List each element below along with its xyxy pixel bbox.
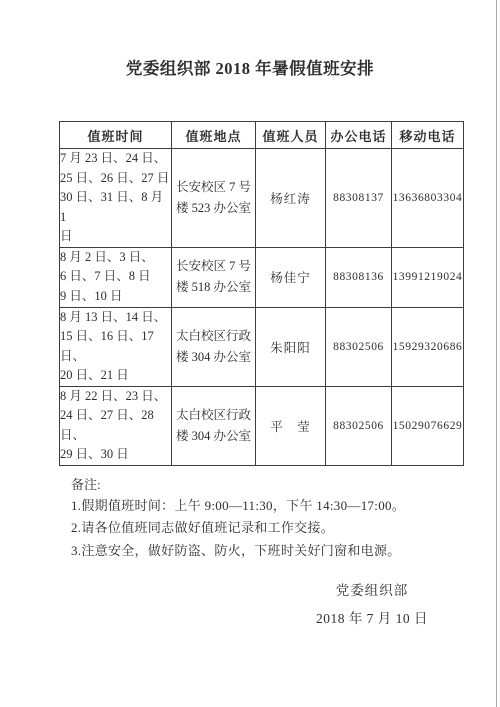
cell-office-phone: 88302506: [326, 386, 392, 465]
cell-duty-person: 杨红涛: [256, 149, 326, 248]
cell-duty-time: 7 月 23 日、24 日、 25 日、26 日、27 日 30 日、31 日、…: [60, 149, 172, 248]
cell-duty-time: 8 月 22 日、23 日、 24 日、27 日、28 日、 29 日、30 日: [60, 386, 172, 465]
note-item: 2.请各位值班同志做好值班记录和工作交接。: [71, 517, 451, 540]
cell-mobile-phone: 15029076629: [392, 386, 464, 465]
note-item: 3.注意安全，做好防盗、防火，下班时关好门窗和电源。: [71, 540, 451, 563]
cell-office-phone: 88308137: [326, 149, 392, 248]
signature-department: 党委组织部: [272, 582, 472, 600]
table-header-row: 值班时间 值班地点 值班人员 办公电话 移动电话: [60, 122, 464, 149]
cell-mobile-phone: 15929320686: [392, 307, 464, 386]
table-row: 8 月 22 日、23 日、 24 日、27 日、28 日、 29 日、30 日…: [60, 386, 464, 465]
cell-duty-person: 杨佳宁: [256, 247, 326, 307]
cell-duty-location: 长安校区 7 号 楼 523 办公室: [172, 149, 256, 248]
cell-mobile-phone: 13991219024: [392, 247, 464, 307]
column-header-time: 值班时间: [60, 122, 172, 149]
column-header-office-phone: 办公电话: [326, 122, 392, 149]
signature-block: 党委组织部 2018 年 7 月 10 日: [272, 582, 472, 628]
scan-edge-line: [496, 0, 497, 707]
column-header-mobile-phone: 移动电话: [392, 122, 464, 149]
cell-mobile-phone: 13636803304: [392, 149, 464, 248]
cell-office-phone: 88302506: [326, 307, 392, 386]
table-row: 7 月 23 日、24 日、 25 日、26 日、27 日 30 日、31 日、…: [60, 149, 464, 248]
column-header-location: 值班地点: [172, 122, 256, 149]
cell-duty-time: 8 月 2 日、3 日、 6 日、7 日、8 日 9 日、10 日: [60, 247, 172, 307]
duty-schedule-table: 值班时间 值班地点 值班人员 办公电话 移动电话 7 月 23 日、24 日、 …: [59, 121, 464, 466]
signature-date: 2018 年 7 月 10 日: [272, 610, 472, 628]
notes-label: 备注:: [71, 475, 451, 495]
document-page: 党委组织部 2018 年暑假值班安排 值班时间 值班地点 值班人员 办公电话 移…: [0, 0, 500, 707]
cell-duty-location: 长安校区 7 号 楼 518 办公室: [172, 247, 256, 307]
notes-section: 备注: 1.假期值班时间：上午 9:00—11:30，下午 14:30—17:0…: [71, 475, 451, 563]
table-row: 8 月 2 日、3 日、 6 日、7 日、8 日 9 日、10 日 长安校区 7…: [60, 247, 464, 307]
cell-office-phone: 88308136: [326, 247, 392, 307]
cell-duty-time: 8 月 13 日、14 日、 15 日、16 日、17 日、 20 日、21 日: [60, 307, 172, 386]
note-item: 1.假期值班时间：上午 9:00—11:30，下午 14:30—17:00。: [71, 495, 451, 518]
cell-duty-location: 太白校区行政 楼 304 办公室: [172, 386, 256, 465]
column-header-person: 值班人员: [256, 122, 326, 149]
cell-duty-person: 平 莹: [256, 386, 326, 465]
cell-duty-person: 朱阳阳: [256, 307, 326, 386]
document-title: 党委组织部 2018 年暑假值班安排: [0, 0, 500, 79]
table-row: 8 月 13 日、14 日、 15 日、16 日、17 日、 20 日、21 日…: [60, 307, 464, 386]
cell-duty-location: 太白校区行政 楼 304 办公室: [172, 307, 256, 386]
